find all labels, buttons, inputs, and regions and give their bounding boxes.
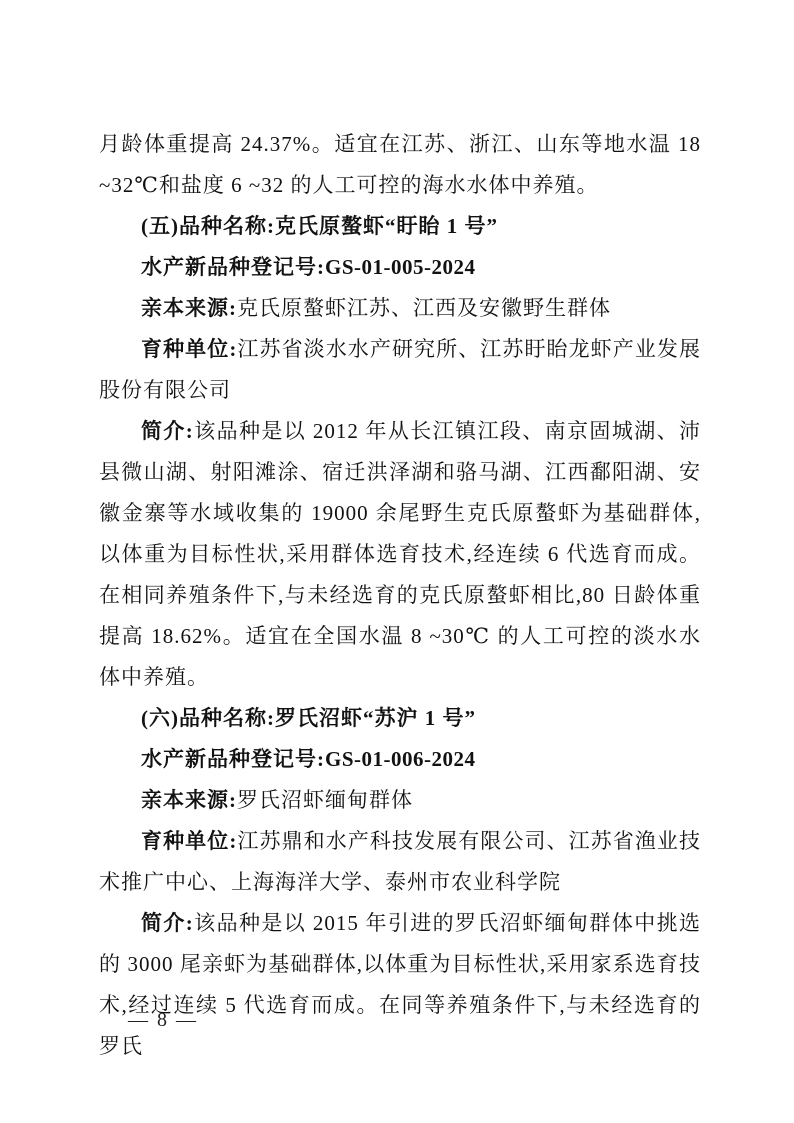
paragraph-breeding-unit-5: 育种单位:江苏省淡水水产研究所、江苏盱眙龙虾产业发展股份有限公司	[99, 329, 701, 411]
document-body: 月龄体重提高 24.37%。适宜在江苏、浙江、山东等地水温 18 ~32℃和盐度…	[99, 124, 701, 1067]
page-number-text: — 8 —	[128, 1009, 198, 1031]
paragraph-breeding-unit-6: 育种单位:江苏鼎和水产科技发展有限公司、江苏省渔业技术推广中心、上海海洋大学、泰…	[99, 821, 701, 903]
registration-number: GS-01-005-2024	[325, 255, 476, 279]
heading-text: (五)品种名称:克氏原螯虾“盱眙 1 号”	[141, 214, 498, 238]
paragraph-parent-source-6: 亲本来源:罗氏沼虾缅甸群体	[99, 780, 701, 821]
body-text: 月龄体重提高 24.37%。适宜在江苏、浙江、山东等地水温 18 ~32℃和盐度…	[99, 132, 701, 197]
field-label: 育种单位:	[141, 337, 237, 361]
field-label: 简介:	[141, 419, 194, 443]
document-page: 月龄体重提高 24.37%。适宜在江苏、浙江、山东等地水温 18 ~32℃和盐度…	[0, 0, 794, 1123]
registration-number: GS-01-006-2024	[325, 747, 476, 771]
paragraph-introduction-6: 简介:该品种是以 2015 年引进的罗氏沼虾缅甸群体中挑选的 3000 尾亲虾为…	[99, 903, 701, 1067]
paragraph-registration-5: 水产新品种登记号:GS-01-005-2024	[99, 247, 701, 288]
paragraph-registration-6: 水产新品种登记号:GS-01-006-2024	[99, 739, 701, 780]
field-label: 水产新品种登记号:	[141, 747, 325, 771]
heading-variety-6: (六)品种名称:罗氏沼虾“苏沪 1 号”	[99, 698, 701, 739]
page-number: — 8 —	[128, 1000, 198, 1041]
paragraph-continuation: 月龄体重提高 24.37%。适宜在江苏、浙江、山东等地水温 18 ~32℃和盐度…	[99, 124, 701, 206]
field-label: 亲本来源:	[141, 788, 237, 812]
paragraph-introduction-5: 简介:该品种是以 2012 年从长江镇江段、南京固城湖、沛县微山湖、射阳滩涂、宿…	[99, 411, 701, 698]
field-label: 亲本来源:	[141, 296, 237, 320]
field-label: 育种单位:	[141, 829, 237, 853]
field-label: 水产新品种登记号:	[141, 255, 325, 279]
field-label: 简介:	[141, 911, 194, 935]
paragraph-parent-source-5: 亲本来源:克氏原螯虾江苏、江西及安徽野生群体	[99, 288, 701, 329]
heading-variety-5: (五)品种名称:克氏原螯虾“盱眙 1 号”	[99, 206, 701, 247]
heading-text: (六)品种名称:罗氏沼虾“苏沪 1 号”	[141, 706, 476, 730]
field-value: 该品种是以 2012 年从长江镇江段、南京固城湖、沛县微山湖、射阳滩涂、宿迁洪泽…	[99, 419, 701, 689]
field-value: 克氏原螯虾江苏、江西及安徽野生群体	[237, 296, 611, 320]
field-value: 罗氏沼虾缅甸群体	[237, 788, 413, 812]
